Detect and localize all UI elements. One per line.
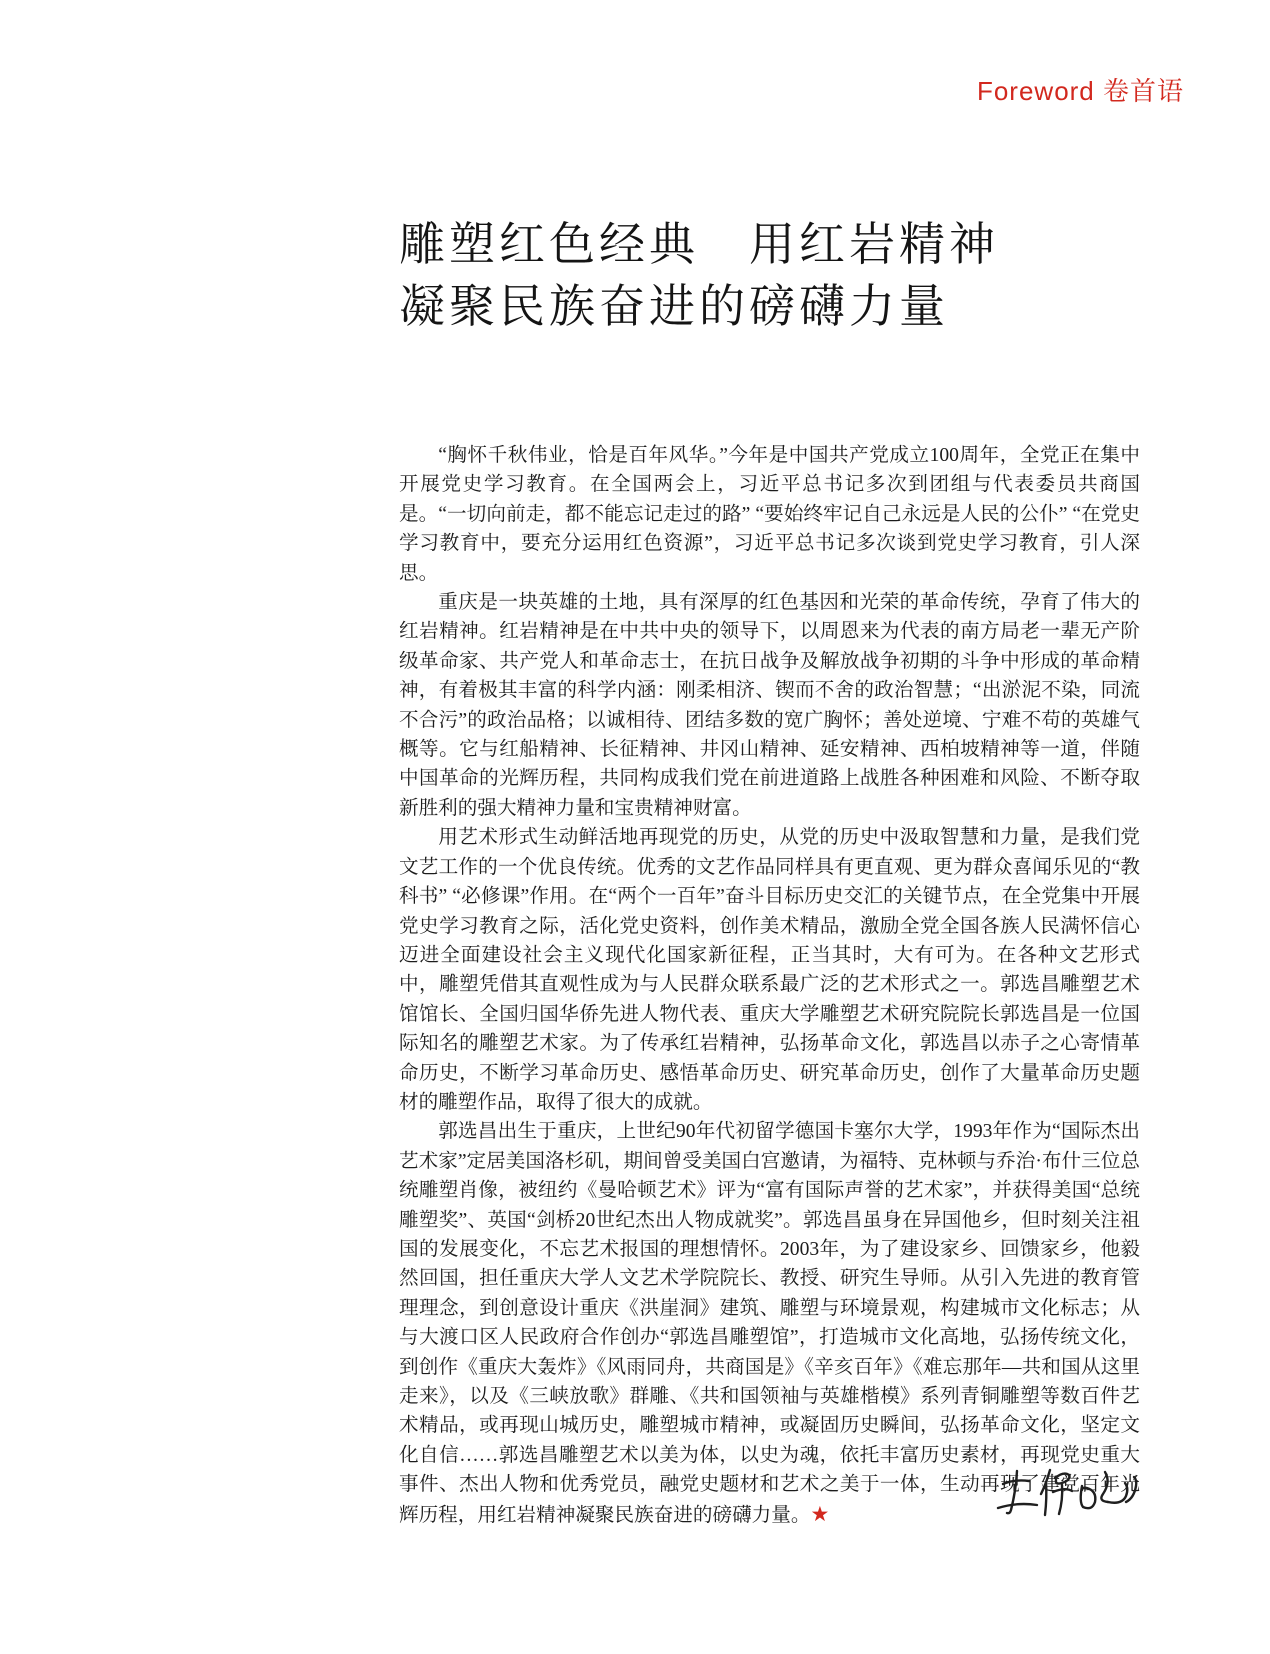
page-title: 雕塑红色经典 用红岩精神 凝聚民族奋进的磅礴力量: [399, 214, 999, 338]
end-star-icon: ★: [810, 1502, 829, 1526]
page-title-line-1: 雕塑红色经典 用红岩精神: [399, 214, 999, 276]
page-title-line-2: 凝聚民族奋进的磅礴力量: [399, 276, 999, 338]
article-body: “胸怀千秋伟业，恰是百年风华。”今年是中国共产党成立100周年，全党正在集中开展…: [399, 441, 1140, 1530]
foreword-header: Foreword 卷首语: [977, 71, 1184, 108]
paragraph-3: 用艺术形式生动鲜活地再现党的历史，从党的历史中汲取智慧和力量，是我们党文艺工作的…: [399, 823, 1140, 1117]
foreword-page: Foreword 卷首语 雕塑红色经典 用红岩精神 凝聚民族奋进的磅礴力量 “胸…: [0, 0, 1270, 1654]
paragraph-1: “胸怀千秋伟业，恰是百年风华。”今年是中国共产党成立100周年，全党正在集中开展…: [399, 441, 1140, 588]
handwritten-signature-icon: [995, 1458, 1145, 1536]
paragraph-2: 重庆是一块英雄的土地，具有深厚的红色基因和光荣的革命传统，孕育了伟大的红岩精神。…: [399, 588, 1140, 823]
